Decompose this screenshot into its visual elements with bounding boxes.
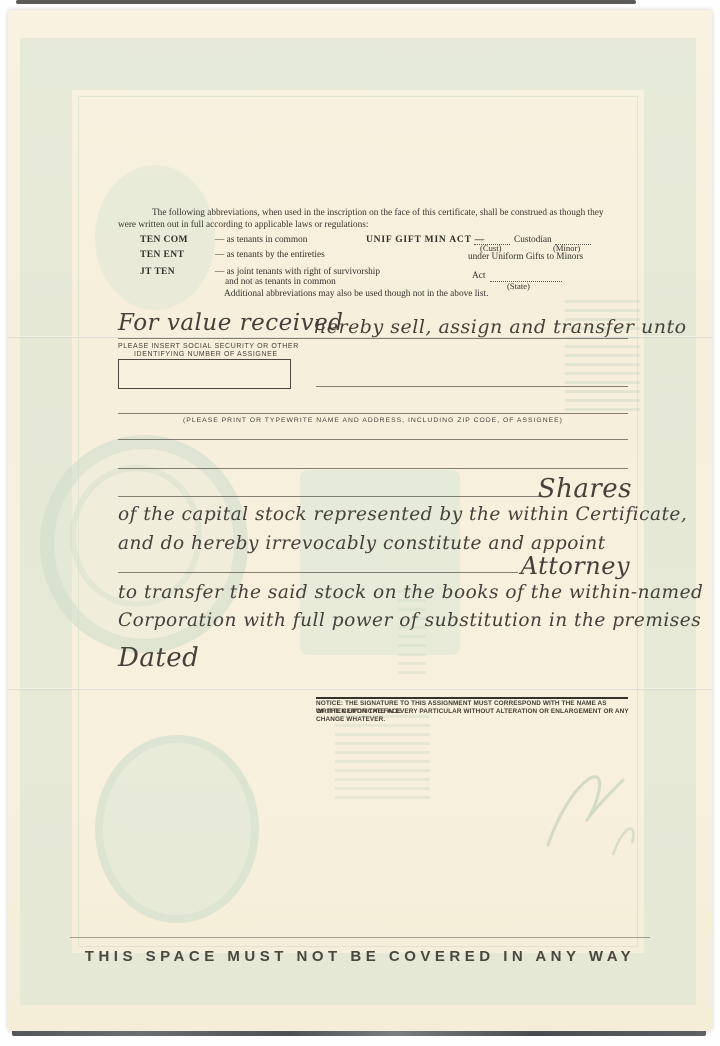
shares-label: Shares bbox=[538, 474, 632, 504]
showthrough-text-block-center bbox=[335, 715, 430, 803]
scan-top-edge bbox=[16, 0, 636, 4]
abbrev-def-ten-com: — as tenants in common bbox=[215, 236, 307, 246]
abbrev-term-ten-com: TEN COM bbox=[140, 235, 188, 245]
ssn-instruction-line2: IDENTIFYING NUMBER OF ASSIGNEE bbox=[134, 351, 278, 358]
dated-label: Dated bbox=[118, 643, 199, 673]
unif-gift-min-act-label: UNIF GIFT MIN ACT — bbox=[366, 235, 485, 245]
assignee-name-ruled-line bbox=[118, 338, 628, 339]
act-label: Act bbox=[472, 272, 485, 282]
sell-assign-transfer-text: hereby sell, assign and transfer unto bbox=[314, 316, 687, 338]
signature-notice-line2: OF THE CERTIFICATE IN EVERY PARTICULAR W… bbox=[316, 708, 630, 723]
abbrev-def-jt-ten: — as joint tenants with right of survivo… bbox=[215, 268, 383, 287]
abbrev-term-jt-ten: JT TEN bbox=[140, 267, 175, 277]
capital-stock-line1: of the capital stock represented by the … bbox=[118, 504, 687, 525]
abbreviations-intro: The following abbreviations, when used i… bbox=[118, 208, 618, 231]
attorney-label: Attorney bbox=[521, 552, 630, 580]
ssn-instruction-line1: PLEASE INSERT SOCIAL SECURITY OR OTHER bbox=[118, 343, 299, 350]
capital-stock-line2: and do hereby irrevocably constitute and… bbox=[118, 533, 606, 554]
showthrough-signature bbox=[528, 725, 658, 865]
ruled-line-beside-ssn-box bbox=[316, 386, 628, 387]
fold-crease-lower bbox=[8, 688, 712, 690]
abbrev-def-ten-ent: — as tenants by the entireties bbox=[215, 251, 325, 261]
attorney-ruled-line bbox=[118, 572, 518, 573]
under-uniform-gifts-caption: under Uniform Gifts to Minors bbox=[468, 253, 583, 263]
additional-abbreviations-note: Additional abbreviations may also be use… bbox=[224, 290, 488, 300]
for-value-received-text: For value received bbox=[118, 310, 343, 336]
custodian-label: Custodian bbox=[514, 236, 552, 246]
transfer-stock-line2: Corporation with full power of substitut… bbox=[118, 610, 701, 631]
state-caption: (State) bbox=[507, 282, 530, 292]
notice-separator-line bbox=[316, 697, 628, 699]
ssn-entry-box[interactable] bbox=[118, 359, 291, 389]
showthrough-corporate-seal bbox=[95, 735, 259, 923]
assignee-address-ruled-line-3 bbox=[118, 468, 628, 469]
assignee-print-caption: (PLEASE PRINT OR TYPEWRITE NAME AND ADDR… bbox=[118, 417, 628, 424]
transfer-stock-line1: to transfer the said stock on the books … bbox=[118, 582, 703, 603]
assignee-address-ruled-line-2 bbox=[118, 439, 628, 440]
assignee-address-ruled-line-1 bbox=[118, 413, 628, 414]
scanned-certificate-back: The following abbreviations, when used i… bbox=[0, 0, 720, 1046]
shares-ruled-line bbox=[118, 496, 542, 497]
do-not-cover-warning: THIS SPACE MUST NOT BE COVERED IN ANY WA… bbox=[60, 948, 660, 965]
footer-separator-line bbox=[70, 937, 650, 938]
abbrev-term-ten-ent: TEN ENT bbox=[140, 250, 184, 260]
certificate-back-paper: The following abbreviations, when used i… bbox=[8, 10, 712, 1031]
